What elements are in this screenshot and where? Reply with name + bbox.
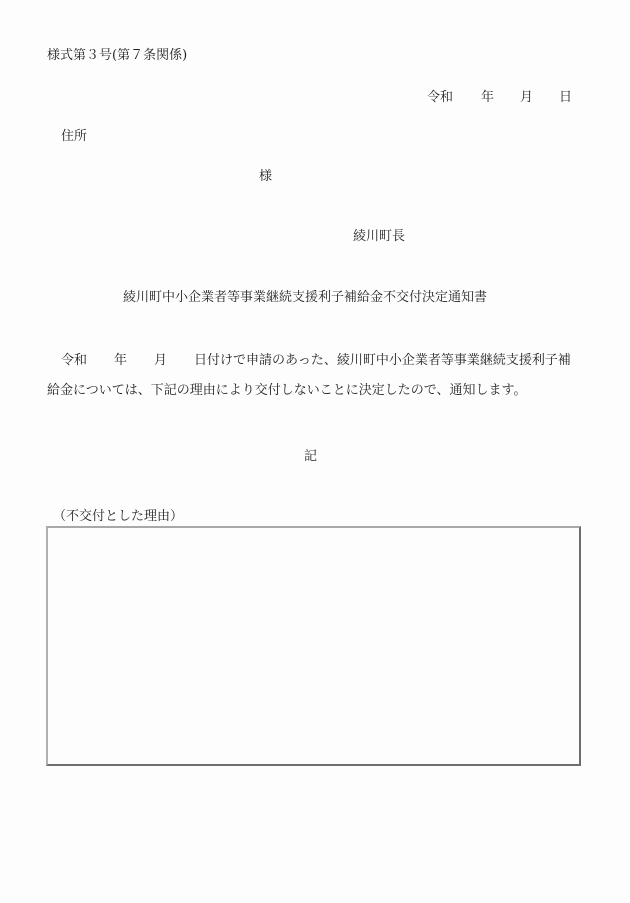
body-line-1-text: 日付けで申請のあった、綾川町中小企業者等事業継続支援利子補 — [194, 353, 571, 368]
address-label: 住所 — [61, 129, 87, 145]
body-line-1: 令和年月日付けで申請のあった、綾川町中小企業者等事業継続支援利子補 — [61, 353, 571, 369]
date-header: 令和年月日 — [427, 90, 572, 106]
form-number: 様式第３号(第７条関係) — [47, 48, 187, 64]
body-line-2: 給金については、下記の理由により交付しないことに決定したので、通知します。 — [47, 383, 526, 399]
note-heading: 記 — [304, 449, 317, 465]
reason-box — [46, 526, 581, 766]
body-year: 年 — [114, 353, 127, 368]
document-title: 綾川町中小企業者等事業継続支援利子補給金不交付決定通知書 — [123, 290, 487, 306]
date-month: 月 — [520, 90, 533, 106]
date-era: 令和 — [427, 90, 453, 106]
date-year: 年 — [481, 90, 494, 106]
issuer-name: 綾川町長 — [353, 229, 405, 245]
body-era: 令和 — [61, 353, 87, 368]
body-month: 月 — [154, 353, 167, 368]
recipient-honorific: 様 — [259, 169, 272, 185]
reason-label: （不交付とした理由） — [53, 509, 183, 525]
date-day: 日 — [559, 90, 572, 106]
